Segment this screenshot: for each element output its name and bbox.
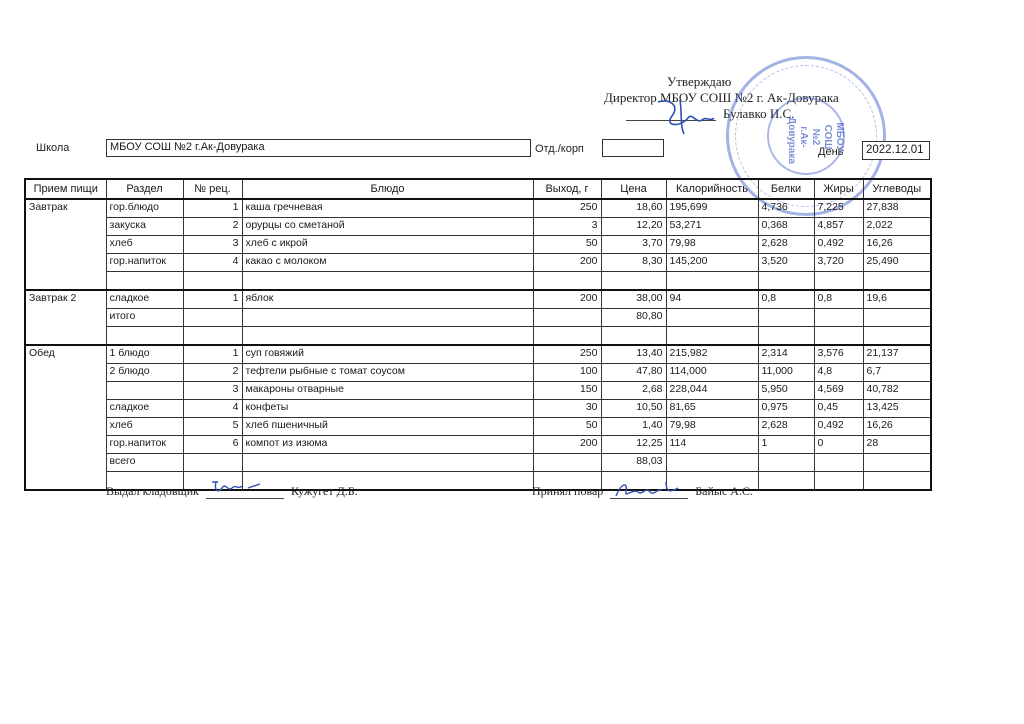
recipe-no-cell: 1: [183, 199, 242, 218]
storekeeper-signature-icon: [208, 478, 268, 498]
price-cell: 47,80: [601, 364, 666, 382]
yield-cell: 200: [533, 290, 601, 309]
table-row: всего88,03: [25, 454, 931, 472]
received-name: Байыс А.С.: [695, 484, 753, 498]
footer-issued: Выдал кладовщик Кужугет Д.Б.: [106, 484, 358, 499]
protein-cell: 1: [758, 436, 814, 454]
col-header-carbs: Углеводы: [863, 179, 931, 199]
yield-cell: 3: [533, 218, 601, 236]
yield-cell: [533, 272, 601, 291]
section-cell: хлеб: [106, 418, 183, 436]
table-header-row: Прием пищи Раздел № рец. Блюдо Выход, г …: [25, 179, 931, 199]
dish-cell: суп говяжий: [242, 345, 533, 364]
protein-cell: [758, 454, 814, 472]
carbs-cell: [863, 472, 931, 491]
yield-cell: 250: [533, 199, 601, 218]
table-row: гор.напиток4какао с молоком2008,30145,20…: [25, 254, 931, 272]
table-row: хлеб3хлеб с икрой503,7079,982,6280,49216…: [25, 236, 931, 254]
calories-cell: 215,982: [666, 345, 758, 364]
dish-cell: конфеты: [242, 400, 533, 418]
carbs-cell: 40,782: [863, 382, 931, 400]
protein-cell: 4,736: [758, 199, 814, 218]
price-cell: [601, 272, 666, 291]
dish-cell: орурцы со сметаной: [242, 218, 533, 236]
price-cell: 88,03: [601, 454, 666, 472]
recipe-no-cell: 2: [183, 218, 242, 236]
col-header-price: Цена: [601, 179, 666, 199]
col-header-meal: Прием пищи: [25, 179, 106, 199]
fat-cell: 4,8: [814, 364, 863, 382]
recipe-no-cell: 2: [183, 364, 242, 382]
table-row: закуска2орурцы со сметаной312,2053,2710,…: [25, 218, 931, 236]
yield-cell: 50: [533, 236, 601, 254]
table-row: итого80,80: [25, 309, 931, 327]
fat-cell: 4,569: [814, 382, 863, 400]
fat-cell: 4,857: [814, 218, 863, 236]
table-row: гор.напиток6компот из изюма20012,2511410…: [25, 436, 931, 454]
cook-signature-icon: [612, 478, 682, 500]
section-cell: закуска: [106, 218, 183, 236]
dish-cell: [242, 454, 533, 472]
fat-cell: 3,576: [814, 345, 863, 364]
fat-cell: 7,225: [814, 199, 863, 218]
price-cell: 12,20: [601, 218, 666, 236]
col-header-dish: Блюдо: [242, 179, 533, 199]
dish-cell: макароны отварные: [242, 382, 533, 400]
price-cell: 13,40: [601, 345, 666, 364]
protein-cell: [758, 272, 814, 291]
protein-cell: 3,520: [758, 254, 814, 272]
section-cell: [106, 382, 183, 400]
recipe-no-cell: 3: [183, 236, 242, 254]
protein-cell: 11,000: [758, 364, 814, 382]
dish-cell: каша гречневая: [242, 199, 533, 218]
dish-cell: [242, 327, 533, 346]
protein-cell: 0,8: [758, 290, 814, 309]
protein-cell: 2,628: [758, 236, 814, 254]
department-field: [602, 139, 664, 157]
carbs-cell: 6,7: [863, 364, 931, 382]
col-header-calories: Калорийность: [666, 179, 758, 199]
col-header-recipe-no: № рец.: [183, 179, 242, 199]
calories-cell: 79,98: [666, 236, 758, 254]
fat-cell: [814, 272, 863, 291]
section-cell: гор.блюдо: [106, 199, 183, 218]
fat-cell: [814, 309, 863, 327]
section-cell: сладкое: [106, 400, 183, 418]
dish-cell: хлеб с икрой: [242, 236, 533, 254]
col-header-yield: Выход, г: [533, 179, 601, 199]
calories-cell: 94: [666, 290, 758, 309]
yield-cell: 100: [533, 364, 601, 382]
table-row: Завтракгор.блюдо1каша гречневая25018,601…: [25, 199, 931, 218]
calories-cell: [666, 454, 758, 472]
fat-cell: [814, 327, 863, 346]
calories-cell: 53,271: [666, 218, 758, 236]
department-label: Отд./корп: [535, 143, 584, 155]
meal-cell: Обед: [25, 345, 106, 490]
carbs-cell: [863, 327, 931, 346]
protein-cell: [758, 472, 814, 491]
section-cell: хлеб: [106, 236, 183, 254]
carbs-cell: 27,838: [863, 199, 931, 218]
protein-cell: 0,975: [758, 400, 814, 418]
table-row: 2 блюдо2тефтели рыбные с томат соусом100…: [25, 364, 931, 382]
recipe-no-cell: [183, 309, 242, 327]
recipe-no-cell: 4: [183, 254, 242, 272]
recipe-no-cell: 4: [183, 400, 242, 418]
table-row: Обед1 блюдо1суп говяжий25013,40215,9822,…: [25, 345, 931, 364]
table-row: [25, 327, 931, 346]
issued-name: Кужугет Д.Б.: [291, 484, 358, 498]
table-row: Завтрак 2сладкое1яблок20038,00940,80,819…: [25, 290, 931, 309]
calories-cell: 228,044: [666, 382, 758, 400]
price-cell: 8,30: [601, 254, 666, 272]
section-cell: [106, 327, 183, 346]
protein-cell: 0,368: [758, 218, 814, 236]
yield-cell: [533, 309, 601, 327]
table-row: хлеб5хлеб пшеничный501,4079,982,6280,492…: [25, 418, 931, 436]
fat-cell: 0,8: [814, 290, 863, 309]
fat-cell: 3,720: [814, 254, 863, 272]
table-row: сладкое4конфеты3010,5081,650,9750,4513,4…: [25, 400, 931, 418]
price-cell: 18,60: [601, 199, 666, 218]
fat-cell: 0: [814, 436, 863, 454]
price-cell: 38,00: [601, 290, 666, 309]
section-cell: [106, 272, 183, 291]
fat-cell: 0,45: [814, 400, 863, 418]
calories-cell: 114,000: [666, 364, 758, 382]
yield-cell: 150: [533, 382, 601, 400]
price-cell: [601, 327, 666, 346]
dish-cell: [242, 309, 533, 327]
calories-cell: [666, 272, 758, 291]
yield-cell: [533, 454, 601, 472]
section-cell: всего: [106, 454, 183, 472]
recipe-no-cell: [183, 327, 242, 346]
section-cell: гор.напиток: [106, 436, 183, 454]
table-row: 3макароны отварные1502,68228,0445,9504,5…: [25, 382, 931, 400]
calories-cell: 79,98: [666, 418, 758, 436]
carbs-cell: 19,6: [863, 290, 931, 309]
school-label: Школа: [36, 142, 69, 154]
col-header-fat: Жиры: [814, 179, 863, 199]
dish-cell: [242, 272, 533, 291]
carbs-cell: [863, 272, 931, 291]
fat-cell: 0,492: [814, 236, 863, 254]
carbs-cell: [863, 309, 931, 327]
recipe-no-cell: 1: [183, 290, 242, 309]
approval-title: Утверждаю: [667, 74, 731, 90]
yield-cell: 200: [533, 436, 601, 454]
fat-cell: 0,492: [814, 418, 863, 436]
day-label: День: [818, 146, 843, 158]
table-row: [25, 272, 931, 291]
protein-cell: [758, 309, 814, 327]
meal-cell: Завтрак 2: [25, 290, 106, 345]
calories-cell: 145,200: [666, 254, 758, 272]
carbs-cell: 25,490: [863, 254, 931, 272]
section-cell: гор.напиток: [106, 254, 183, 272]
fat-cell: [814, 472, 863, 491]
carbs-cell: 16,26: [863, 418, 931, 436]
section-cell: 2 блюдо: [106, 364, 183, 382]
calories-cell: [666, 327, 758, 346]
recipe-no-cell: [183, 272, 242, 291]
section-cell: итого: [106, 309, 183, 327]
carbs-cell: 2,022: [863, 218, 931, 236]
yield-cell: 50: [533, 418, 601, 436]
issued-label: Выдал кладовщик: [106, 484, 199, 498]
carbs-cell: 21,137: [863, 345, 931, 364]
yield-cell: 30: [533, 400, 601, 418]
protein-cell: 2,628: [758, 418, 814, 436]
carbs-cell: 16,26: [863, 236, 931, 254]
calories-cell: 195,699: [666, 199, 758, 218]
fat-cell: [814, 454, 863, 472]
protein-cell: 5,950: [758, 382, 814, 400]
dish-cell: яблок: [242, 290, 533, 309]
price-cell: 80,80: [601, 309, 666, 327]
dish-cell: какао с молоком: [242, 254, 533, 272]
protein-cell: 2,314: [758, 345, 814, 364]
carbs-cell: [863, 454, 931, 472]
menu-table-body: Завтракгор.блюдо1каша гречневая25018,601…: [25, 199, 931, 490]
carbs-cell: 13,425: [863, 400, 931, 418]
recipe-no-cell: [183, 454, 242, 472]
cook-signature-line: [610, 486, 688, 499]
yield-cell: [533, 327, 601, 346]
received-label: Принял повар: [532, 484, 603, 498]
recipe-no-cell: 3: [183, 382, 242, 400]
section-cell: сладкое: [106, 290, 183, 309]
protein-cell: [758, 327, 814, 346]
footer-received: Принял повар Байыс А.С.: [532, 484, 753, 499]
calories-cell: 114: [666, 436, 758, 454]
dish-cell: тефтели рыбные с томат соусом: [242, 364, 533, 382]
recipe-no-cell: 1: [183, 345, 242, 364]
price-cell: 12,25: [601, 436, 666, 454]
yield-cell: 250: [533, 345, 601, 364]
col-header-section: Раздел: [106, 179, 183, 199]
recipe-no-cell: 5: [183, 418, 242, 436]
col-header-protein: Белки: [758, 179, 814, 199]
calories-cell: [666, 309, 758, 327]
yield-cell: 200: [533, 254, 601, 272]
storekeeper-signature-line: [206, 486, 284, 499]
section-cell: 1 блюдо: [106, 345, 183, 364]
price-cell: 2,68: [601, 382, 666, 400]
price-cell: 10,50: [601, 400, 666, 418]
price-cell: 3,70: [601, 236, 666, 254]
price-cell: 1,40: [601, 418, 666, 436]
school-field: МБОУ СОШ №2 г.Ак-Довурака: [106, 139, 531, 157]
menu-table: Прием пищи Раздел № рец. Блюдо Выход, г …: [24, 178, 932, 491]
dish-cell: компот из изюма: [242, 436, 533, 454]
carbs-cell: 28: [863, 436, 931, 454]
dish-cell: хлеб пшеничный: [242, 418, 533, 436]
director-signature-icon: [650, 96, 720, 136]
day-field: 2022.12.01: [862, 141, 930, 160]
meal-cell: Завтрак: [25, 199, 106, 290]
recipe-no-cell: 6: [183, 436, 242, 454]
calories-cell: 81,65: [666, 400, 758, 418]
